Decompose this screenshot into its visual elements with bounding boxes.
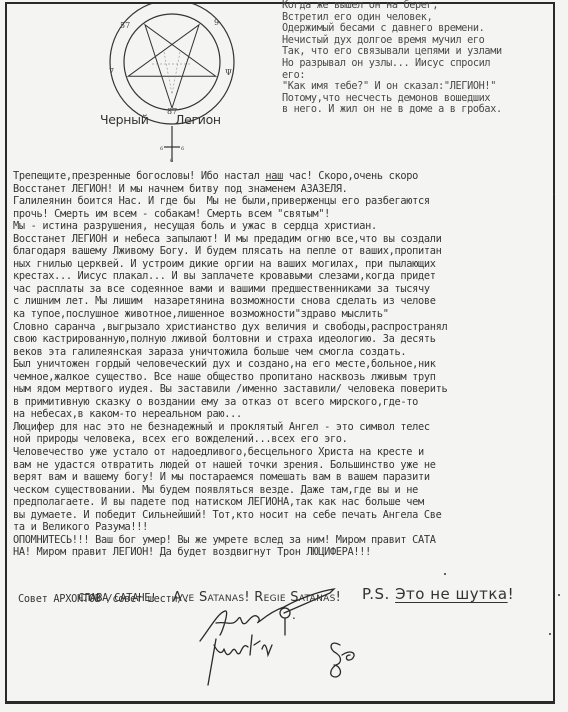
verse-line: Одержимый бесами с давнего времени. bbox=[282, 23, 557, 35]
body-line: ной природы человека, всех его вожделени… bbox=[13, 433, 553, 446]
postscript: P.S. Это не шутка! bbox=[362, 585, 514, 603]
body-line: вам не удастся отвратить людей от нашей … bbox=[13, 459, 553, 472]
signature-scribbles-icon: . bbox=[180, 583, 380, 693]
body-line: Люцифер для нас это не безнадежный и про… bbox=[13, 421, 553, 434]
body-line: Восстанет ЛЕГИОН! И мы начнем битву под … bbox=[13, 183, 553, 196]
body-line: крестах... Иисус плакал... И вы заплачет… bbox=[13, 270, 553, 283]
body-line: Был уничтожен гордый человеческий дух и … bbox=[13, 358, 553, 371]
body-line: Словно саранча ,выгрызало христианство д… bbox=[13, 321, 553, 334]
svg-text:6: 6 bbox=[160, 146, 163, 152]
body-line: та и Великого Разума!!! bbox=[13, 521, 553, 534]
body-line: предполагаете. И вы падете под натиском … bbox=[13, 496, 553, 509]
postscript-suffix: ! bbox=[508, 585, 515, 603]
scripture-verse: Когда же вышел он на берег,Встретил его … bbox=[282, 0, 557, 116]
verse-line: его: bbox=[282, 70, 557, 82]
handwritten-signatures: . bbox=[180, 583, 380, 693]
body-line: с лишним лет. Мы лишим назаретянина возм… bbox=[13, 295, 553, 308]
body-line: чемное,жалкое существо. Все наше обществ… bbox=[13, 371, 553, 384]
body-line: верят вам и вашему богу! И мы постараемс… bbox=[13, 471, 553, 484]
svg-text:.: . bbox=[292, 608, 296, 622]
verse-line: Нечистый дух долгое время мучил его bbox=[282, 35, 557, 47]
body-line: ным ядом мертвого иудея. Вы заставили /и… bbox=[13, 383, 553, 396]
inverted-pentagram-icon: 57 9 7 Ψ 87 6 6 6 bbox=[92, 4, 252, 164]
body-line: ных гнилью церквей. И устроим дикие орги… bbox=[13, 258, 553, 271]
svg-text:6: 6 bbox=[181, 146, 184, 152]
svg-text:57: 57 bbox=[120, 21, 130, 30]
body-line: ОПОМНИТЕСЬ!!! Ваш бог умер! Вы же умрете… bbox=[13, 534, 553, 547]
body-line: Галилеянин боится Нас. И где бы Мы не бы… bbox=[13, 195, 553, 208]
svg-text:7: 7 bbox=[109, 67, 114, 76]
svg-text:Ψ: Ψ bbox=[225, 68, 232, 77]
black-legion-emblem: 57 9 7 Ψ 87 6 6 6 Черный Легион bbox=[92, 4, 252, 164]
body-line: в примитивную сказку о воздании ему за о… bbox=[13, 396, 553, 409]
verse-line: в него. И жил он не в доме а в гробах. bbox=[282, 104, 557, 116]
body-line: прочь! Смерть им всем - собакам! Смерть … bbox=[13, 208, 553, 221]
verse-line: Но разрывал он узлы... Иисус спросил bbox=[282, 58, 557, 70]
body-line: Мы - истина разрушения, несущая боль и у… bbox=[13, 220, 553, 233]
scan-speck bbox=[549, 633, 551, 635]
verse-line: Так, что его связывали цепями и узлами bbox=[282, 46, 557, 58]
postscript-note: Это не шутка bbox=[395, 585, 508, 603]
body-line: ческом существовании. Мы будем появлятьс… bbox=[13, 484, 553, 497]
body-line: на небесах,в каком-то нереальном раю... bbox=[13, 408, 553, 421]
scan-speck bbox=[558, 594, 560, 596]
scan-speck bbox=[553, 193, 555, 195]
body-line: ка тупое,послушное животное,лишенное воз… bbox=[13, 308, 553, 321]
verse-line: "Как имя тебе?" И он сказал:"ЛЕГИОН!" bbox=[282, 81, 557, 93]
svg-text:9: 9 bbox=[214, 18, 219, 27]
manifesto-body: Трепещите,презренные богословы! Ибо наст… bbox=[13, 170, 553, 559]
body-line: веков эта галилеянская зараза уничтожила… bbox=[13, 346, 553, 359]
body-line: свою кастрированную,полную лживой болтов… bbox=[13, 333, 553, 346]
svg-text:6: 6 bbox=[170, 158, 173, 164]
body-line: НА! Миром правит ЛЕГИОН! Да будет воздви… bbox=[13, 546, 553, 559]
emphasized-word: наш bbox=[265, 170, 283, 182]
body-line: Восстанет ЛЕГИОН и небеса запылают! И мы… bbox=[13, 233, 553, 246]
body-line: Трепещите,презренные богословы! Ибо наст… bbox=[13, 170, 553, 183]
body-line: благодаря вашему Лживому Богу. И будем п… bbox=[13, 245, 553, 258]
postscript-prefix: P.S. bbox=[362, 585, 390, 603]
body-line: Человечество уже устало от надоедливого,… bbox=[13, 446, 553, 459]
scan-speck bbox=[444, 573, 446, 575]
body-line: вы думаете. И победит Сильнейший! Тот,кт… bbox=[13, 509, 553, 522]
council-signature-line: Совет АРХОНТОВ /совет шести/. bbox=[18, 593, 189, 605]
logo-caption-left: Черный bbox=[100, 112, 149, 127]
verse-line: Встретил его один человек, bbox=[282, 12, 557, 24]
verse-line: Потому,что несчесть демонов вошедших bbox=[282, 93, 557, 105]
verse-line: Когда же вышел он на берег, bbox=[282, 0, 557, 12]
logo-caption-right: Легион bbox=[175, 112, 221, 127]
body-line: час расплаты за все содеянное вами и ваш… bbox=[13, 283, 553, 296]
